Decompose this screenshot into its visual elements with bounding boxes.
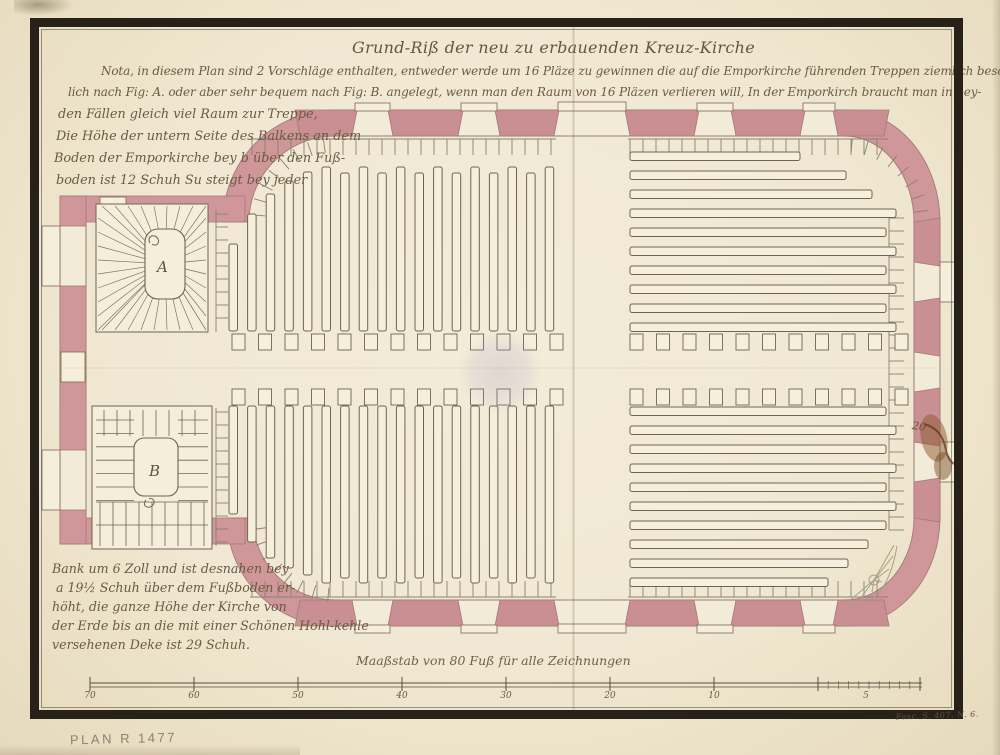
scale-caption: Maaßstab von 80 Fuß für alle Zeichnungen [356,653,631,668]
nota-line-2: lich nach Fig: A. oder aber sehr bequem … [68,85,981,99]
bottom-note-line: a 19½ Schuh über dem Fußboden er- [56,580,295,595]
pew-block-lower-left [229,406,554,583]
scale-bar [90,677,922,691]
stair-b: B [92,406,212,549]
bottom-note-line: Bank um 6 Zoll und ist desnahen bey [52,561,289,576]
scale-tick-label: 60 [182,691,206,701]
pew-block-upper-left [229,167,554,331]
pew-block-lower-right [630,407,896,587]
scale-tick-label: 30 [494,691,518,701]
side-note-line: Die Höhe der untern Seite des Balkens an… [56,129,361,144]
nota-line-1: Nota, in diesem Plan sind 2 Vorschläge e… [101,64,1000,78]
plan-title: Grund-Riß der neu zu erbauenden Kreuz-Ki… [352,38,732,57]
side-note-line: Boden der Emporkirche bey b über den Fuß… [54,151,345,166]
pew-block-upper-right [630,152,896,332]
stair-a-label: A [155,258,168,276]
scale-tick-label-minor: 5 [854,691,878,701]
scale-tick-label: 50 [286,691,310,701]
stair-b-label: B [148,462,160,480]
side-note-line: den Fällen gleich viel Raum zur Treppe, [58,107,318,122]
archive-number-stamp: PLAN R 1477 [70,730,177,748]
scanned-archival-plan: { "title": "Grund-Riß der neu zu erbauen… [0,0,1000,755]
scale-tick-label: 10 [702,691,726,701]
scale-tick-label: 20 [598,691,622,701]
bottom-note-line: versehenen Deke ist 29 Schuh. [52,637,250,652]
pencil-scribble: 20 [911,419,927,434]
archive-round-stamp [458,330,542,414]
bottom-note-line: der Erde bis an die mit einer Schönen Ho… [52,618,369,633]
side-note-line: boden ist 12 Schuh Su steigt bey jeder [56,173,307,188]
scale-tick-label: 40 [390,691,414,701]
stair-a: A [96,204,208,332]
scale-tick-label: 70 [78,691,102,701]
bottom-note-line: höht, die ganze Höhe der Kirche von [52,599,287,614]
crossing-seat-blocks [232,334,908,405]
